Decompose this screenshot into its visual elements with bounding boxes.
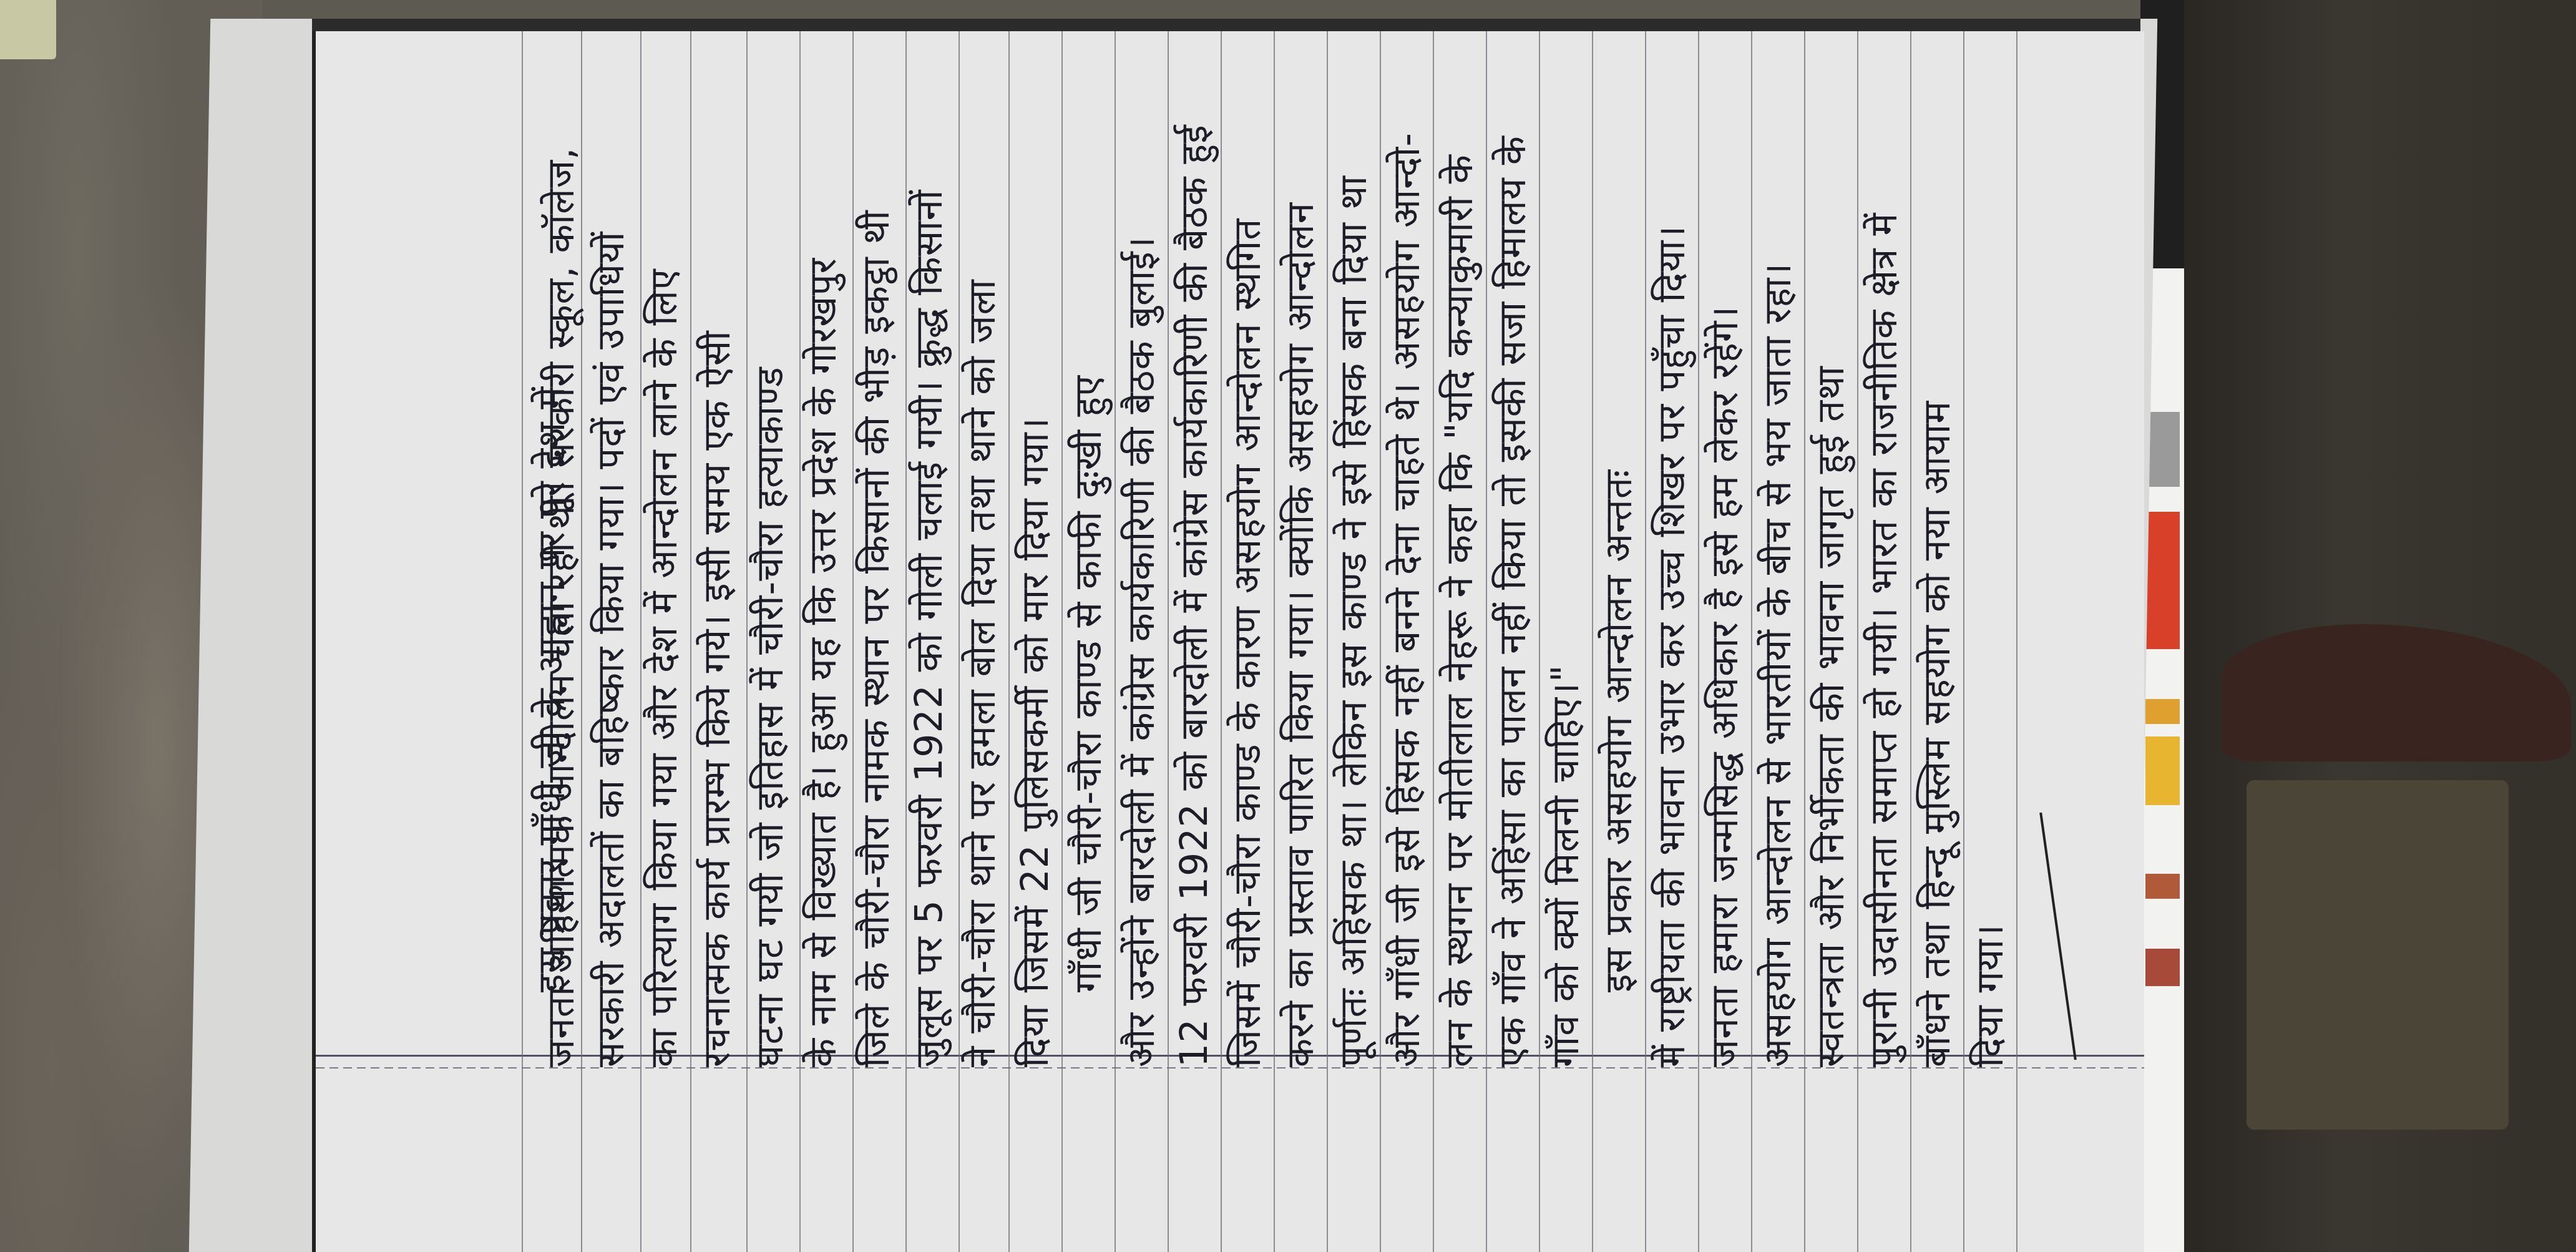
strip-graphic-red-small bbox=[2145, 949, 2180, 986]
handwritten-line: स्वतन्त्रता और निर्भीकता की भावना जागृत … bbox=[1801, 56, 1861, 1067]
strip-graphic-yellow bbox=[2145, 736, 2180, 805]
handwritten-line: इस प्रकार असहयोग आन्दोलन अन्ततः bbox=[1589, 56, 1649, 992]
page-margin-line-dashed bbox=[316, 1067, 2144, 1069]
ruled-line bbox=[2016, 31, 2017, 1252]
handwritten-line: जुलूस पर 5 फरवरी 1922 को गोली चलाई गयी। … bbox=[899, 56, 959, 1067]
handwritten-line: लन के स्थगन पर मोतीलाल नेहरू ने कहा कि "… bbox=[1430, 56, 1490, 1067]
handwritten-line: बाँधने तथा हिन्दू मुस्लिम सहयोग को नया आ… bbox=[1907, 56, 1967, 1067]
handwritten-line: सरकारी अदालतों का बहिष्कार किया गया। पदो… bbox=[581, 56, 641, 1067]
notebook-page: इस प्रकार गाँधी जी के आह्वान पर पूरे देश… bbox=[312, 31, 2144, 1252]
handwritten-line: रचनात्मक कार्य प्रारम्भ किये गये। इसी सम… bbox=[687, 56, 747, 1067]
handwritten-line: गाँधी जी चौरी-चौरा काण्ड से काफी दुःखी ह… bbox=[1058, 56, 1118, 992]
handwritten-line: के नाम से विख्यात है। हुआ यह कि उत्तर प्… bbox=[793, 56, 853, 1067]
handwritten-line: जिसमें चौरी-चौरा काण्ड के कारण असहयोग आन… bbox=[1217, 56, 1277, 1067]
background-object bbox=[2247, 780, 2509, 1130]
handwritten-line: पुरानी उदासीनता समाप्त हो गयी। भारत का र… bbox=[1854, 56, 1914, 1067]
strip-graphic-grey bbox=[2145, 412, 2180, 487]
handwritten-line: गाँव को क्यों मिलनी चाहिए।" bbox=[1536, 56, 1596, 1067]
handwritten-line: ने चौरी-चौरा थाने पर हमला बोल दिया तथा थ… bbox=[952, 56, 1012, 1067]
handwritten-line: एक गाँव ने अहिंसा का पालन नहीं किया तो इ… bbox=[1483, 56, 1543, 1067]
handwritten-line: जनता हमारा जन्मसिद्ध अधिकार है इसे हम ले… bbox=[1695, 56, 1755, 1067]
strip-graphic-red bbox=[2145, 512, 2180, 649]
handwritten-line: दिया जिसमें 22 पुलिसकर्मी को मार दिया गय… bbox=[1005, 56, 1065, 1067]
handwritten-line: और गाँधी जी इसे हिंसक नहीं बनने देना चाह… bbox=[1377, 56, 1437, 1067]
strip-graphic-orange bbox=[2145, 699, 2180, 724]
handwritten-line: करने का प्रस्ताव पारित किया गया। क्योंकि… bbox=[1271, 56, 1330, 1067]
handwritten-line: जिले के चौरी-चौरा नामक स्थान पर किसानों … bbox=[846, 56, 906, 1067]
background-paper-corner bbox=[0, 0, 56, 59]
handwritten-line: 12 फरवरी 1922 को बारदोली में कांग्रेस का… bbox=[1164, 56, 1224, 1067]
handwritten-line: में राष्ट्रीयता की भावना उभार कर उच्च शि… bbox=[1642, 56, 1702, 1067]
strip-graphic-brown bbox=[2145, 874, 2180, 899]
handwritten-line: का परित्याग किया गया और देश में आन्दोलन … bbox=[634, 56, 694, 1067]
handwritten-line: पूर्णतः अहिंसक था। लेकिन इस काण्ड ने इसे… bbox=[1324, 56, 1383, 1067]
handwritten-line: असहयोग आन्दोलन से भारतीयों के बीच से भय … bbox=[1748, 56, 1808, 1067]
handwritten-line: दिया गया। bbox=[1960, 780, 2020, 1067]
handwritten-line: और उन्होंने बारदोली में कांग्रेस कार्यका… bbox=[1111, 56, 1171, 1067]
handwritten-line: घटना घट गयी जो इतिहास में चौरी-चौरा हत्य… bbox=[740, 56, 800, 1067]
pen-stroke-mark bbox=[2039, 813, 2077, 1060]
